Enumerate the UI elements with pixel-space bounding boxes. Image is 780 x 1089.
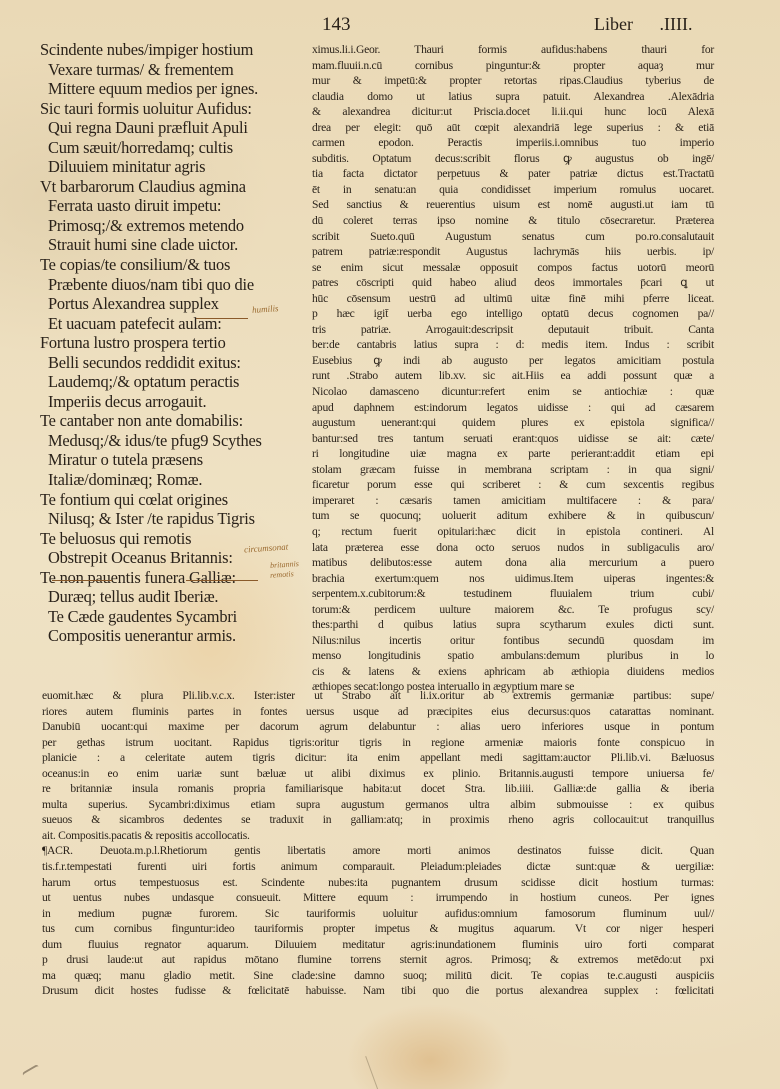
commentary-line: ximus.li.i.Geor. Thauri formis aufidus:h… (312, 42, 714, 58)
folio-number: 143 (322, 14, 351, 36)
verse-line: Primosq;/& extremos metendo (40, 216, 310, 236)
commentary-line: hūc cōsensum uestrū ad ultimū uitæ finē … (312, 291, 714, 307)
commentary-line: dum fluuius regnator aquarum. Diluuiem m… (42, 937, 714, 953)
commentary-line: imperaret : cæsaris tamen amicitiam mult… (312, 493, 714, 509)
commentary-line: dū coleret terras ipso nomine & titulo c… (312, 213, 714, 229)
verse-line: Qui regna Dauni præfluit Apuli (40, 118, 310, 138)
verse-line: Diluuiem minitatur agris (40, 157, 310, 177)
commentary-line: tum se quocunq; uoluerit aditum exhibere… (312, 508, 714, 524)
commentary-line: ber:de cantabris latius supra : d: medis… (312, 337, 714, 353)
commentary-line: augustum uenerant:qui quidem plures ex e… (312, 415, 714, 431)
ink-mark (22, 1064, 41, 1078)
commentary-line: p hæc igit̄ uerba ego intelligo optatū d… (312, 306, 714, 322)
commentary-line: re britanniæ insula romanis propria fami… (42, 781, 714, 797)
commentary-line: q; rectum fuerit opitulari:hæc dicit in … (312, 524, 714, 540)
verse-line: Te copias/te consilium/& tuos (40, 255, 310, 275)
verse-line: Nilusq; & Ister /te rapidus Tigris (40, 509, 310, 529)
marginal-note-britannis-2: remotis (270, 569, 294, 580)
commentary-line: euomit.hæc & plura Pli.lib.v.c.x. Ister:… (42, 688, 714, 704)
commentary-line: cis & latens & exiens aphricam ab æthiop… (312, 664, 714, 680)
commentary-line: planicie : a celeritate autem tigris dic… (42, 750, 714, 766)
commentary-line: Drusum dicit hostes fudisse & fœlicitatē… (42, 983, 714, 999)
commentary-line: bantur:sed tres tantum seruati erant:quo… (312, 431, 714, 447)
verse-line: Medusq;/& idus/te pfug9 Scythes (40, 431, 310, 451)
commentary-line: ma quæq; manu gladio metit. Sine clade:s… (42, 968, 714, 984)
commentary-line: tia facta dictator perpetuus & pater pat… (312, 166, 714, 182)
commentary-column: ximus.li.i.Geor. Thauri formis aufidus:h… (312, 42, 714, 695)
commentary-line: apud daphnem est:indorum legatos uidisse… (312, 400, 714, 416)
verse-line: Vexare turmas/ & frementem (40, 60, 310, 80)
commentary-line: runt .Strabo autem lib.xv. sic ait.Hiis … (312, 368, 714, 384)
commentary-line: torum:& perdicem uulture maiorem &c. Te … (312, 602, 714, 618)
ink-underline-britannis (186, 580, 258, 581)
commentary-line: tis.f.r.tempestati furenti uiri fortis a… (42, 859, 714, 875)
verse-line: Fortuna lustro prospera tertio (40, 333, 310, 353)
commentary-line: ēt in senatu:an quia condidisset imperiu… (312, 182, 714, 198)
verse-line: Ferrata uasto diruit impetu: (40, 196, 310, 216)
verse-line: Compositis uenerantur armis. (40, 626, 310, 646)
commentary-line: ¶ACR. Deuota.m.p.l.Rhetiorum gentis libe… (42, 843, 714, 859)
commentary-line: ri longitudine uiæ magna ex parte perier… (312, 446, 714, 462)
verse-line: Vt barbarorum Claudius agmina (40, 177, 310, 197)
commentary-line: stolam græcam fuisse in membrana scripta… (312, 462, 714, 478)
commentary-line: ut uentus nubes undasque consueuit. Mitt… (42, 890, 714, 906)
commentary-line: brachia exertum:quem nos uidimus.Item ui… (312, 571, 714, 587)
commentary-line: harum ortus tempestuosus est. Scindente … (42, 875, 714, 891)
commentary-line: riores autem fluminis partes in fontes u… (42, 704, 714, 720)
ink-underline-supplex (196, 318, 248, 319)
commentary-line: p drusi laude:ut aut rapidus mōtano flum… (42, 952, 714, 968)
commentary-line: tus cum cornibus finguntur:ideo taurifor… (42, 921, 714, 937)
verse-line: Te fontium qui cœlat origines (40, 490, 310, 510)
verse-line: Mittere equum medios per ignes. (40, 79, 310, 99)
commentary-line: oceanus:in eo enim uariæ sunt bæluæ ut a… (42, 766, 714, 782)
commentary-line: tris patriæ. Arrogauit:descripsit deputa… (312, 322, 714, 338)
commentary-line: & alexandrea dicitur:ut Priscia.docet li… (312, 104, 714, 120)
verse-line: Scindente nubes/impiger hostium (40, 40, 310, 60)
commentary-line: se enim sicut messalæ opposuit compos fa… (312, 260, 714, 276)
verse-line: Imperiis decus arrogauit. (40, 392, 310, 412)
ode-verse-column: Scindente nubes/impiger hostiumVexare tu… (40, 40, 310, 646)
commentary-line: Nilus:nilus incertis oritur fontibus sec… (312, 633, 714, 649)
verse-line: Laudemq;/& optatum peractis (40, 372, 310, 392)
paper-crease (365, 1056, 380, 1089)
commentary-line: scribit Sueto.quū Augustum senatus cum p… (312, 229, 714, 245)
commentary-line: multa superius. Sycambri:diximus etiam s… (42, 797, 714, 813)
commentary-line: mur & impetū:& propter retortas ripas.Cl… (312, 73, 714, 89)
commentary-line: subditis. Optatum decus:scribit florus ꝙ… (312, 151, 714, 167)
commentary-line: ficaretur porum esse qui scriberet : & c… (312, 477, 714, 493)
commentary-line: serpentem.x.cubitorum:& testudinem fluui… (312, 586, 714, 602)
commentary-line: Nicolao damasceno dicuntur:refert enim s… (312, 384, 714, 400)
commentary-line: per gethas istrum uocitant. Rapidus tigr… (42, 735, 714, 751)
commentary-line: patres cōscripti quid habeo aliud deos i… (312, 275, 714, 291)
verse-line: Belli secundos reddidit exitus: (40, 353, 310, 373)
commentary-line: thes:parthi d quibus latius supra scytha… (312, 617, 714, 633)
verse-line: Et uacuam patefecit aulam: (40, 314, 310, 334)
commentary-line: in medium pugnæ furorem. Sic tauriformis… (42, 906, 714, 922)
commentary-line: matibus delibutos:esse autem dona alia m… (312, 555, 714, 571)
verse-line: Cum sæuit/horredamq; cultis (40, 138, 310, 158)
commentary-line: mam.fluuii.n.cū cornibus pinguntur:& pro… (312, 58, 714, 74)
commentary-line: Eusebius ꝙ indi ab augusto per legatos a… (312, 353, 714, 369)
verse-line: Strauit humi sine clade uictor. (40, 235, 310, 255)
commentary-full-width: euomit.hæc & plura Pli.lib.v.c.x. Ister:… (42, 688, 714, 999)
commentary-line: lata præterea esse dona octo seruos nudo… (312, 540, 714, 556)
running-title: Liber .IIII. (594, 14, 692, 35)
commentary-line: carmen epodon. Peractis imperiis.i.omnib… (312, 135, 714, 151)
verse-line: Præbente diuos/nam tibi quo die (40, 275, 310, 295)
commentary-line: Danubiū uocant:qui maxime per dacorum ag… (42, 719, 714, 735)
verse-line: Duræq; tellus audit Iberiæ. (40, 587, 310, 607)
verse-line: Te Cæde gaudentes Sycambri (40, 607, 310, 627)
commentary-line: Sed sanctius & reuerentius uisum est nom… (312, 197, 714, 213)
commentary-line: patrem patriæ:respondit Augustus lachrym… (312, 244, 714, 260)
verse-line: Italiæ/dominæq; Romæ. (40, 470, 310, 490)
ink-underline-obstrepit (52, 580, 112, 581)
commentary-line: menso longitudinis spatio ambulans:demum… (312, 648, 714, 664)
commentary-line: claudia domo ut latius supra patuit. Ale… (312, 89, 714, 105)
verse-line: Te cantaber non ante domabilis: (40, 411, 310, 431)
verse-line: Sic tauri formis uoluitur Aufidus: (40, 99, 310, 119)
marginal-note-supplex: humilis (252, 303, 279, 315)
page-header: 143 Liber .IIII. (0, 14, 780, 40)
commentary-line: drea per elegit: quō aūt cœpit alexandri… (312, 120, 714, 136)
commentary-line: sueuos & sicambros dedentes se traduxit … (42, 812, 714, 828)
commentary-line: ait. Compositis.pacatis & repositis acco… (42, 828, 714, 844)
book-page: 143 Liber .IIII. Scindente nubes/impiger… (0, 0, 780, 1089)
verse-line: Miratur o tutela præsens (40, 450, 310, 470)
